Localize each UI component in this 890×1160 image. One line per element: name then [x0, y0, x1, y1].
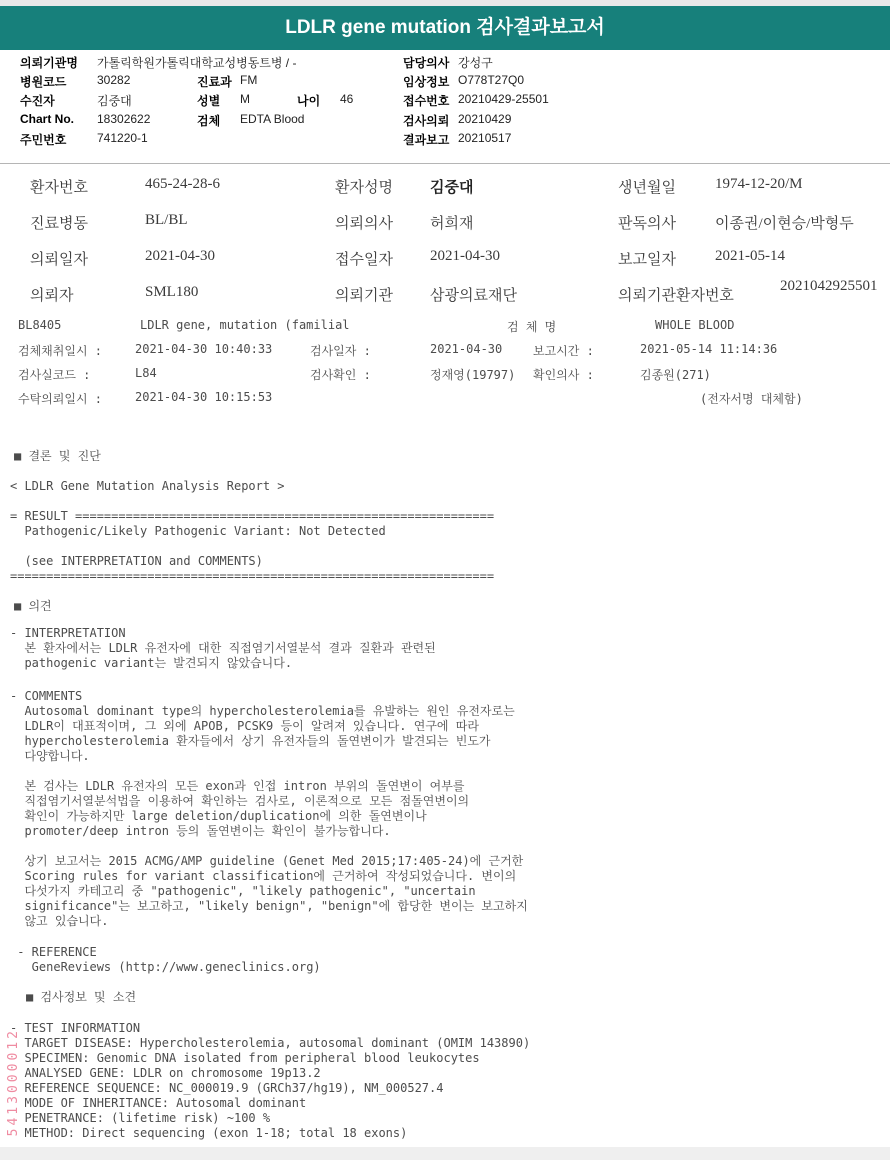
field-value: 46 — [340, 92, 353, 106]
field-label: 보고일자 — [618, 248, 676, 269]
field-value: 20210517 — [458, 131, 511, 145]
field-value: M — [240, 92, 250, 106]
side-barcode-number: + 5413000012 — [6, 1028, 21, 1158]
field-label: Chart No. — [20, 112, 74, 126]
field-value: FM — [240, 73, 257, 87]
field-label: 나이 — [297, 92, 320, 109]
comments-block: - COMMENTS Autosomal dominant type의 hype… — [10, 689, 528, 929]
field-label: 생년월일 — [618, 176, 676, 197]
result-block: = RESULT ===============================… — [10, 509, 494, 584]
specimen-code: BL8405 — [18, 318, 61, 332]
field-label: 검사실코드 : — [18, 366, 90, 383]
field-value: 1974-12-20/M — [715, 176, 803, 193]
field-label: 확인의사 : — [533, 366, 594, 383]
field-label: 환자번호 — [30, 176, 88, 197]
field-value: 2021-05-14 11:14:36 — [640, 342, 777, 356]
field-value: 2021-05-14 — [715, 248, 785, 265]
field-label: 검사일자 : — [310, 342, 371, 359]
section-title-conclusion: ■ 결론 및 진단 — [14, 449, 101, 464]
field-value: 김종원(271) — [640, 366, 711, 383]
field-label: 의뢰일자 — [30, 248, 88, 269]
field-value: 2021042925501 — [780, 278, 874, 295]
field-value: 2021-04-30 10:15:53 — [135, 390, 272, 404]
field-label: 판독의사 — [618, 212, 676, 233]
field-value: 20210429 — [458, 112, 511, 126]
field-label: 검 체 명 — [507, 318, 556, 335]
field-label: 의뢰기관환자번호 — [618, 284, 734, 305]
report-page: LDLR gene mutation 검사결과보고서 의뢰기관명 가톨릭학원가톨… — [0, 0, 890, 1160]
section-title-testinfo: ■ 검사정보 및 소견 — [26, 990, 136, 1005]
field-value: 2021-04-30 — [145, 248, 215, 265]
field-label: 임상정보 — [403, 73, 449, 90]
field-value: 가톨릭학원가톨릭대학교성병동트병 / - — [97, 54, 296, 71]
field-value: 465-24-28-6 — [145, 176, 220, 193]
field-label: 의뢰기관명 — [20, 54, 78, 71]
specimen-name: WHOLE BLOOD — [655, 318, 734, 332]
patient-info-table: 환자번호 465-24-28-6 환자성명 김중대 생년월일 1974-12-2… — [0, 176, 890, 316]
divider — [0, 163, 890, 164]
test-information-block: - TEST INFORMATION TARGET DISEASE: Hyper… — [10, 1021, 530, 1141]
reference-block: - REFERENCE GeneReviews (http://www.gene… — [10, 945, 321, 975]
field-label: 의뢰기관 — [335, 284, 393, 305]
analysis-report-title: < LDLR Gene Mutation Analysis Report > — [10, 479, 285, 494]
report-title: LDLR gene mutation 검사결과보고서 — [0, 6, 890, 50]
field-value: 이종권/이현승/박형두 — [715, 212, 854, 233]
field-label: 접수일자 — [335, 248, 393, 269]
field-label: 진료병동 — [30, 212, 88, 233]
field-label: 주민번호 — [20, 131, 66, 148]
field-value: 삼광의료재단 — [430, 284, 517, 305]
report-banner: LDLR gene mutation 검사결과보고서 — [0, 6, 890, 50]
field-label: 검사확인 : — [310, 366, 371, 383]
field-value: 김중대 — [97, 92, 132, 109]
test-name: LDLR gene, mutation (familial — [140, 318, 350, 332]
field-value: 2021-04-30 10:40:33 — [135, 342, 272, 356]
field-value: 30282 — [97, 73, 130, 87]
patient-name: 김중대 — [430, 176, 473, 197]
field-value: 741220-1 — [97, 131, 148, 145]
bottom-strip — [0, 1147, 890, 1160]
section-title-opinion: ■ 의견 — [14, 599, 52, 614]
field-label: 검사의뢰 — [403, 112, 449, 129]
field-value: 정재영(19797) — [430, 366, 515, 383]
field-label: 의뢰자 — [30, 284, 73, 305]
field-value: 2021-04-30 — [430, 248, 500, 265]
field-label: 수진자 — [20, 92, 55, 109]
field-value: O778T27Q0 — [458, 73, 524, 87]
field-value: 강성구 — [458, 54, 493, 71]
field-label: 보고시간 : — [533, 342, 594, 359]
field-label: 병원코드 — [20, 73, 66, 90]
field-value: 허희재 — [430, 212, 473, 233]
field-label: 검체 — [197, 112, 220, 129]
field-label: 담당의사 — [403, 54, 449, 71]
interpretation-block: - INTERPRETATION 본 환자에서는 LDLR 유전자에 대한 직접… — [10, 626, 436, 671]
field-label: 검체채취일시 : — [18, 342, 102, 359]
field-value: BL/BL — [145, 212, 188, 229]
field-label: 결과보고 — [403, 131, 449, 148]
field-value: 18302622 — [97, 112, 150, 126]
field-label: 의뢰의사 — [335, 212, 393, 233]
field-value: EDTA Blood — [240, 112, 304, 126]
field-value: 2021-04-30 — [430, 342, 502, 356]
admin-info-block: 의뢰기관명 가톨릭학원가톨릭대학교성병동트병 / - 병원코드 30282 수진… — [0, 54, 890, 158]
field-value: 20210429-25501 — [458, 92, 549, 106]
field-value: L84 — [135, 366, 157, 380]
field-label: 환자성명 — [335, 176, 393, 197]
field-label: 성별 — [197, 92, 220, 109]
field-label: 접수번호 — [403, 92, 449, 109]
field-label: 수탁의뢰일시 : — [18, 390, 102, 407]
esign-note: (전자서명 대체함) — [700, 390, 803, 407]
field-value: SML180 — [145, 284, 198, 301]
field-label: 진료과 — [197, 73, 232, 90]
specimen-block: BL8405 LDLR gene, mutation (familial 검 체… — [0, 318, 890, 418]
